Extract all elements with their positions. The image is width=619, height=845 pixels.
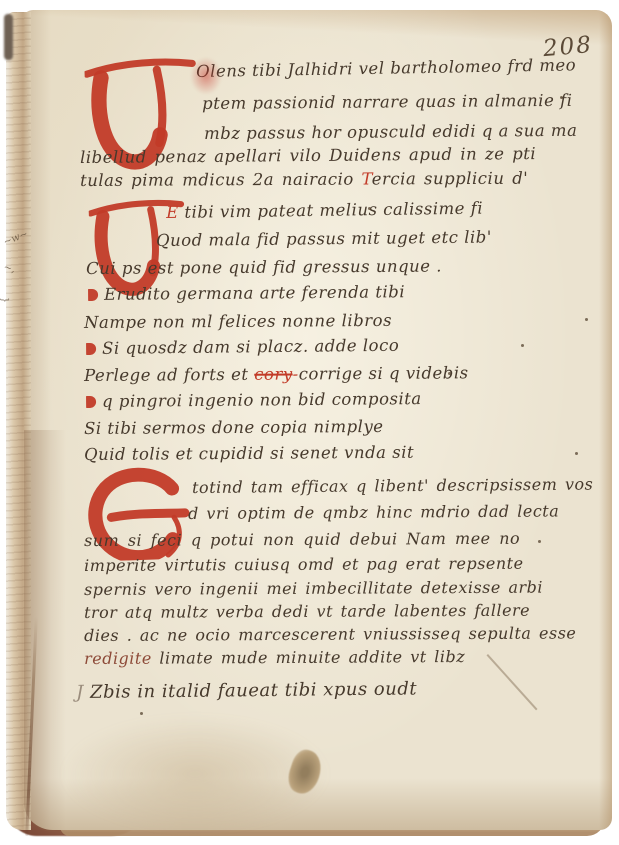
ink-text: corrige si q videbis <box>299 363 469 383</box>
ink-text: Nampe non ml felices nonne libros <box>84 311 392 332</box>
text-line: Quid tolis et cupidid si senet vnda sit <box>84 443 414 464</box>
text-line: sum si feci q potui non quid debui Nam m… <box>84 529 520 550</box>
text-line: Nampe non ml felices nonne libros <box>84 311 392 332</box>
ink-text: d vri optim de qmbz hinc mdrio dad lecta <box>188 501 559 523</box>
ink-text: Zbis in italid faueat tibi xpus oudt <box>90 678 417 702</box>
ink-text: q pingroi ingenio non bid composita <box>102 389 422 411</box>
ink-text: spernis vero ingenii mei imbecillitate d… <box>84 578 543 599</box>
ink-text: imperite virtutis cuiusq omd et pag erat… <box>84 554 524 575</box>
ink-text: tulas pima mdicus 2a nairacio <box>80 170 362 190</box>
text-line: Perlege ad forts et cory-corrige si q vi… <box>84 363 469 385</box>
text-line: tulas pima mdicus 2a nairacio Tercia sup… <box>80 169 528 190</box>
ink-text: Si tibi sermos done copia nimplye <box>84 417 384 438</box>
text-line: d vri optim de qmbz hinc mdrio dad lecta <box>188 501 559 523</box>
ink-speck <box>538 540 541 543</box>
ink-text: ptem passionid narrare quas in almanie f… <box>202 91 573 113</box>
ink-text: totind tam efficax q libent' descripsiss… <box>192 474 593 497</box>
ink-speck <box>585 318 588 321</box>
text-line: J Zbis in italid faueat tibi xpus oudt <box>76 678 417 703</box>
manuscript-photo: 208 Olens tibi Jalhidri vel bartholomeo … <box>0 0 619 845</box>
text-line: q pingroi ingenio non bid composita <box>86 389 422 411</box>
text-line: tror atq multz verba dedi vt tarde laben… <box>84 601 530 622</box>
text-line: redigite limate mude minuite addite vt l… <box>84 647 465 668</box>
ink-text: ercia suppliciu d' <box>372 169 529 189</box>
text-line: libellud penaz apellari vilo Duidens apu… <box>80 144 536 167</box>
rubric-text: T <box>361 169 371 188</box>
text-line: totind tam efficax q libent' descripsiss… <box>192 474 593 497</box>
text-line: imperite virtutis cuiusq omd et pag erat… <box>84 554 524 575</box>
ink-text: Si quosdz dam si placz. adde loco <box>102 336 399 358</box>
text-line: ptem passionid narrare quas in almanie f… <box>202 91 573 113</box>
rubric-text: cory <box>254 365 293 384</box>
spine-shadow <box>4 14 13 60</box>
text-line: Cui ps est pone quid fid gressus unque . <box>86 257 442 278</box>
ink-text: tror atq multz verba dedi vt tarde laben… <box>84 601 530 622</box>
text-line: Quod mala fid passus mit uget etc lib' <box>156 227 492 250</box>
ink-speck <box>521 344 524 347</box>
text-line: Si tibi sermos done copia nimplye <box>84 417 384 438</box>
ink-text: libellud penaz apellari vilo Duidens apu… <box>80 144 536 167</box>
ink-speck <box>140 712 143 715</box>
ink-text: Erudito germana arte ferenda tibi <box>104 282 405 304</box>
ink-text: J <box>76 682 90 703</box>
ink-speck <box>575 452 578 455</box>
text-line: dies . ac ne ocio marcescerent vniussiss… <box>84 623 576 645</box>
ink-text: dies . ac ne ocio marcescerent vniussiss… <box>84 623 576 645</box>
ink-text: sum si feci q potui non quid debui Nam m… <box>84 529 520 550</box>
pilcrow-mark <box>86 396 96 408</box>
pilcrow-mark <box>88 289 98 301</box>
ink-text: mbz passus hor opusculd edidi q a sua ma <box>204 121 577 143</box>
text-line: mbz passus hor opusculd edidi q a sua ma <box>204 121 577 143</box>
ink-text: redigite <box>84 649 152 668</box>
ink-speck <box>368 207 371 210</box>
ink-text: Quid tolis et cupidid si senet vnda sit <box>84 443 414 464</box>
text-line: spernis vero ingenii mei imbecillitate d… <box>84 578 543 599</box>
ink-text: Perlege ad forts et <box>84 365 254 385</box>
rubric-text: E <box>166 203 185 222</box>
pilcrow-mark <box>86 343 96 355</box>
ink-speck <box>560 96 563 99</box>
ink-text: Cui ps est pone quid fid gressus unque . <box>86 257 442 278</box>
ink-text: Quod mala fid passus mit uget etc lib' <box>156 227 492 250</box>
text-line: Si quosdz dam si placz. adde loco <box>86 336 399 358</box>
text-line: Erudito germana arte ferenda tibi <box>88 282 405 304</box>
ink-speck <box>448 372 451 375</box>
ink-text: limate mude minuite addite vt libz <box>152 647 465 668</box>
red-pigment-smudge <box>190 57 222 95</box>
